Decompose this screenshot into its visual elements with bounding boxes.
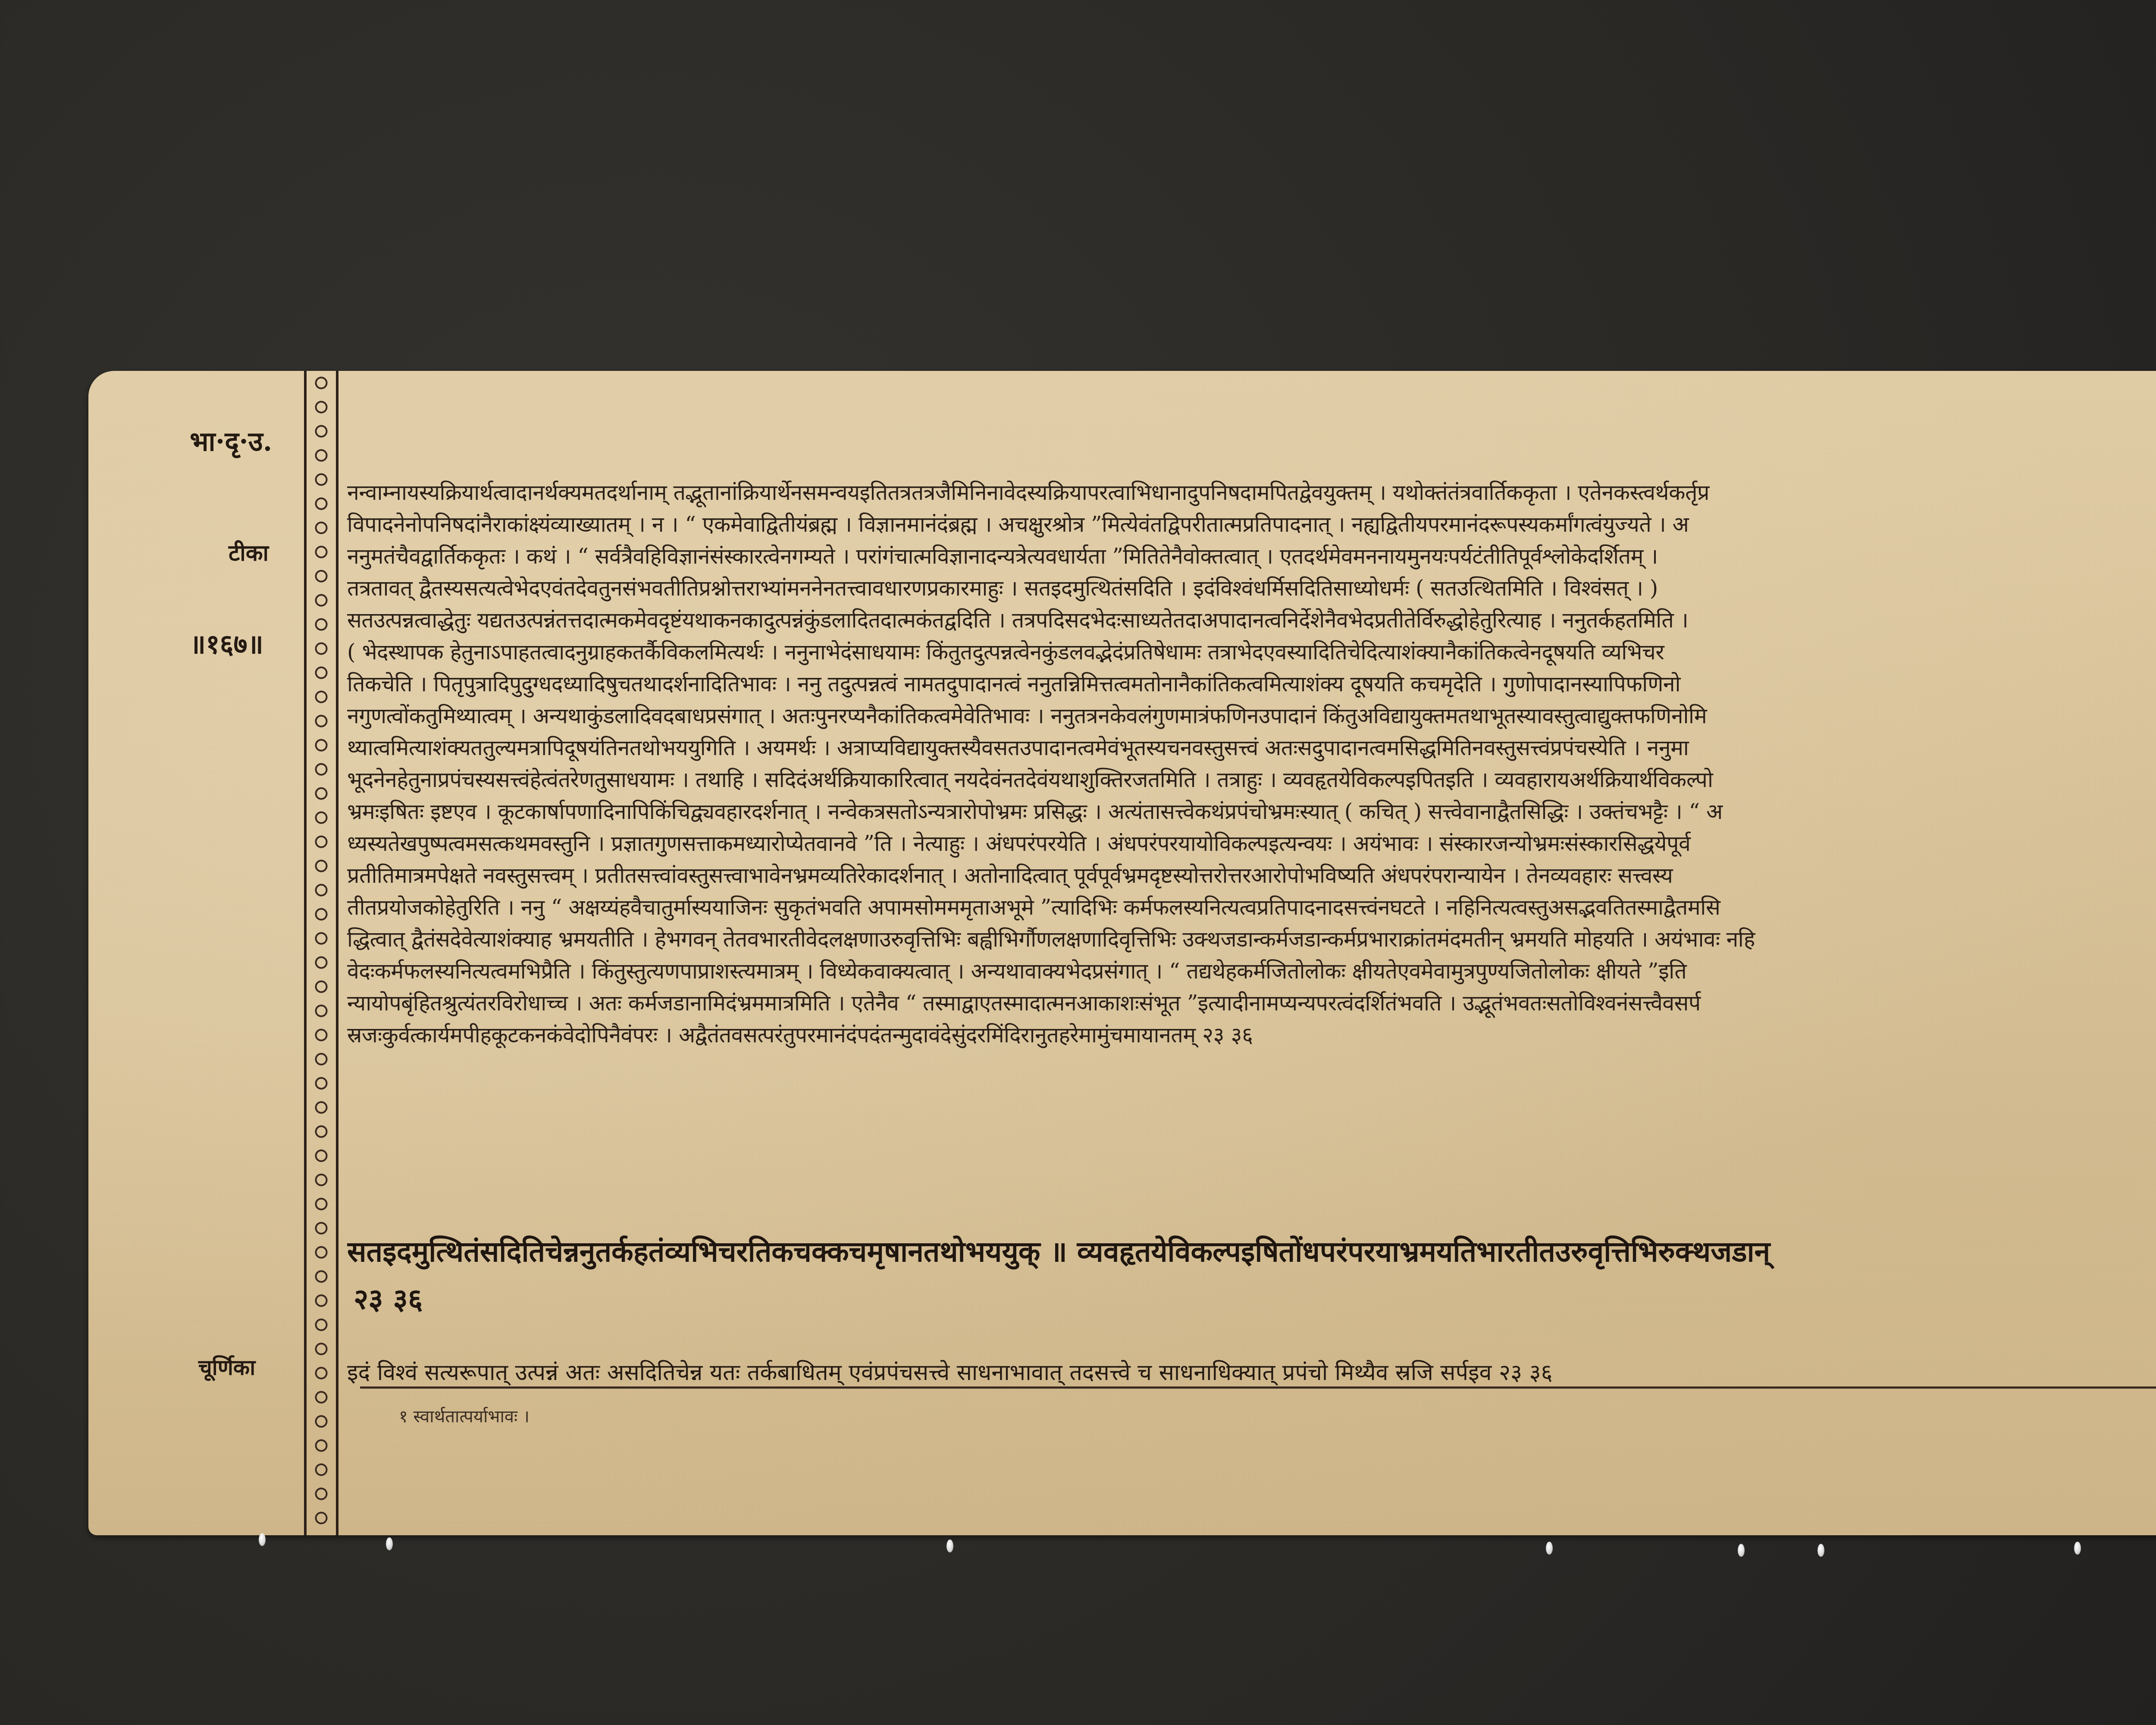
mounting-pin-icon [1818, 1544, 1824, 1557]
mounting-pin-icon [2074, 1542, 2081, 1555]
commentary-line: भ्रमःइषितः इष्टएव । कूटकार्षापणादिनापिकि… [347, 796, 2156, 828]
verse-text: सतइदमुत्थितंसदितिचेन्ननुतर्कहतंव्यभिचरति… [347, 1231, 2156, 1270]
commentary-line: सतउत्पन्नत्वाद्धेतुः यद्यतउत्पन्नंतत्तदा… [347, 604, 2156, 636]
commentary-line: न्यायोपबृंहितश्रुत्यंतरविरोधाच्च । अतः क… [347, 987, 2156, 1019]
commentary-line: नन्वाम्नायस्यक्रियार्थत्वादानर्थक्यमतदर्… [347, 477, 2156, 508]
left-ornamental-border-icon [304, 371, 338, 1535]
commentary-line: तीतप्रयोजकोहेतुरिति । ननु “ अक्षय्यंहवैच… [347, 891, 2156, 923]
commentary-line: तत्रतावत् द्वैतस्यसत्यत्वेभेदएवंतदेवतुनस… [347, 572, 2156, 604]
footnote-divider [360, 1386, 2156, 1389]
mounting-pin-icon [386, 1537, 393, 1550]
commentary-line: तिकचेति । पितृपुत्रादिपुदुग्धदध्यादिषुचत… [347, 668, 2156, 700]
commentary-line: भूदनेनहेतुनाप्रपंचस्यसत्त्वंहेत्वंतरेणतु… [347, 764, 2156, 796]
footnote: १ स्वार्थतात्पर्याभावः । [399, 1404, 530, 1427]
mounting-pin-icon [259, 1533, 266, 1546]
commentary-line: नगुणत्वोंकतुमिथ्यात्वम् । अन्यथाकुंडलादि… [347, 700, 2156, 732]
commentary-line: ध्यस्यतेखपुष्पत्वमसत्कथमवस्तुनि । प्रज्ञ… [347, 828, 2156, 859]
commentary-line: थ्यात्वमित्याशंक्यततुल्यमत्रापिदूषयंतिनत… [347, 732, 2156, 764]
commentary-line: वेदःकर्मफलस्यनित्यत्वमभिप्रैति । किंतुस्… [347, 955, 2156, 987]
verse-number: २३ ३६ [354, 1279, 423, 1317]
commentary-text: नन्वाम्नायस्यक्रियार्थत्वादानर्थक्यमतदर्… [347, 477, 2156, 1051]
left-margin-commentary-label: टीका [229, 537, 269, 568]
left-margin-section-label: भा·दृ·उ. [190, 423, 272, 459]
mounting-pin-icon [1546, 1542, 1553, 1555]
mounting-pin-icon [946, 1540, 953, 1552]
left-margin-page-number: ॥१६७॥ [190, 625, 263, 662]
churnika-text: इदं विश्वं सत्यरूपात् उत्पन्नं अतः असदित… [347, 1356, 2156, 1387]
manuscript-page: भा·दृ·उ. टीका ॥१६७॥ चूर्णिका नन्वाम्नायस… [88, 371, 2156, 1535]
commentary-line: स्रजःकुर्वत्कार्यमपीहकूटकनकंवेदोपिनैवंपर… [347, 1019, 2156, 1051]
commentary-line: विपादनेनोपनिषदांनैराकांक्ष्यंव्याख्यातम्… [347, 508, 2156, 540]
left-margin-churnika-label: चूर्णिका [198, 1352, 255, 1381]
commentary-line: ननुमतंचैवद्वार्तिककृतः । कथं । “ सर्वत्र… [347, 540, 2156, 572]
commentary-line: द्धित्वात् द्वैतंसदेवेत्याशंक्याह भ्रमयत… [347, 923, 2156, 955]
commentary-line: ( भेदस्थापक हेतुनाऽपाहतत्वादनुग्राहकतर्क… [347, 636, 2156, 668]
commentary-line: प्रतीतिमात्रमपेक्षते नवस्तुसत्त्वम् । प्… [347, 859, 2156, 891]
mounting-pin-icon [1738, 1544, 1745, 1557]
